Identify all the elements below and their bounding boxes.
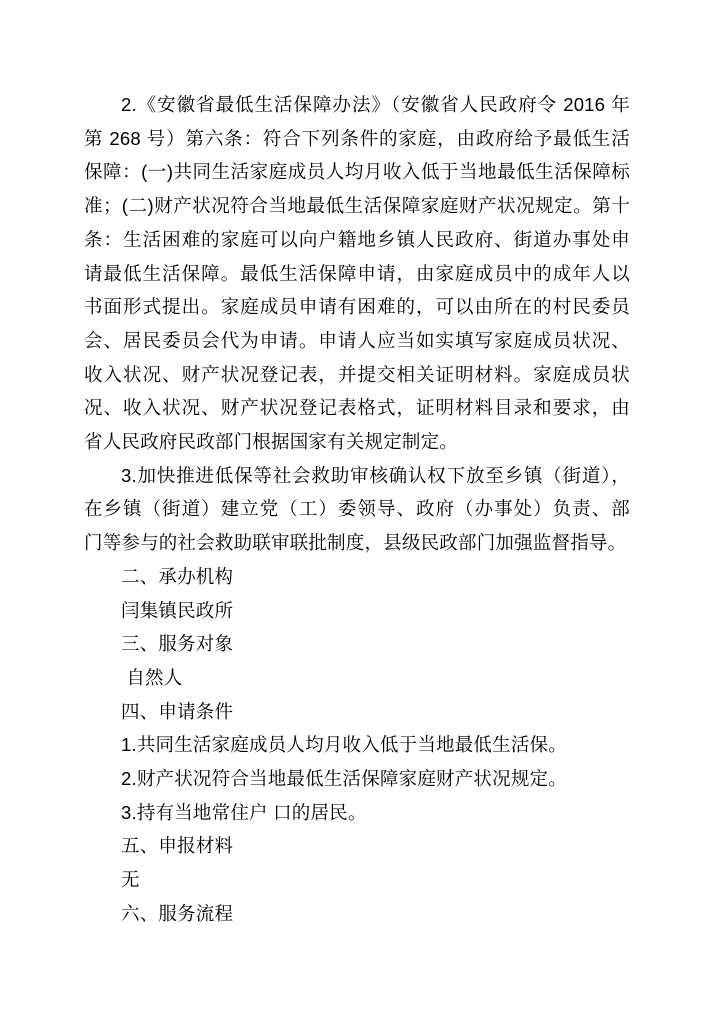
text-line: 收入状况、财产状况登记表，并提交相关证明材料。家庭成员状	[84, 358, 630, 392]
heading-line: 二、承办机构	[84, 560, 630, 594]
heading-line: 四、申请条件	[84, 695, 630, 729]
application-materials-value: 无	[84, 863, 630, 897]
text-line: 第 268 号）第六条：符合下列条件的家庭，由政府给予最低生活	[84, 122, 630, 156]
paragraph-legal-basis-2: 2.《安徽省最低生活保障办法》（安徽省人民政府令 2016 年 第 268 号）…	[84, 88, 630, 459]
heading-line: 三、服务对象	[84, 627, 630, 661]
condition-item-2: 2.财产状况符合当地最低生活保障家庭财产状况规定。	[84, 762, 630, 796]
text-line: 闫集镇民政所	[84, 594, 630, 628]
document-page: 2.《安徽省最低生活保障办法》（安徽省人民政府令 2016 年 第 268 号）…	[0, 0, 715, 1011]
text-line: 保障：(一)共同生活家庭成员人均月收入低于当地最低生活保障标	[84, 155, 630, 189]
text-line: 2.财产状况符合当地最低生活保障家庭财产状况规定。	[84, 762, 630, 796]
heading-line: 六、服务流程	[84, 897, 630, 931]
text-line: 在乡镇（街道）建立党（工）委领导、政府（办事处）负责、部	[84, 492, 630, 526]
text-line: 自然人	[84, 661, 630, 695]
section-heading-service-process: 六、服务流程	[84, 897, 630, 931]
service-target-value: 自然人	[84, 661, 630, 695]
text-line: 3.加快推进低保等社会救助审核确认权下放至乡镇（街道），	[84, 459, 630, 493]
text-line: 会、居民委员会代为申请。申请人应当如实填写家庭成员状况、	[84, 324, 630, 358]
condition-item-1: 1.共同生活家庭成员人均月收入低于当地最低生活保。	[84, 728, 630, 762]
text-line: 况、收入状况、财产状况登记表格式，证明材料目录和要求，由	[84, 391, 630, 425]
text-line: 2.《安徽省最低生活保障办法》（安徽省人民政府令 2016 年	[84, 88, 630, 122]
organization-name: 闫集镇民政所	[84, 594, 630, 628]
text-line: 请最低生活保障。最低生活保障申请，由家庭成员中的成年人以	[84, 257, 630, 291]
section-heading-application-materials: 五、申报材料	[84, 829, 630, 863]
section-heading-application-conditions: 四、申请条件	[84, 695, 630, 729]
paragraph-legal-basis-3: 3.加快推进低保等社会救助审核确认权下放至乡镇（街道）， 在乡镇（街道）建立党（…	[84, 459, 630, 560]
heading-line: 五、申报材料	[84, 829, 630, 863]
text-line: 条：生活困难的家庭可以向户籍地乡镇人民政府、街道办事处申	[84, 223, 630, 257]
text-line: 无	[84, 863, 630, 897]
text-line: 3.持有当地常住户 口的居民。	[84, 796, 630, 830]
text-line: 书面形式提出。家庭成员申请有困难的，可以由所在的村民委员	[84, 290, 630, 324]
text-line: 1.共同生活家庭成员人均月收入低于当地最低生活保。	[84, 728, 630, 762]
text-line: 准；(二)财产状况符合当地最低生活保障家庭财产状况规定。第十	[84, 189, 630, 223]
section-heading-organization: 二、承办机构	[84, 560, 630, 594]
text-line: 省人民政府民政部门根据国家有关规定制定。	[84, 425, 630, 459]
section-heading-service-target: 三、服务对象	[84, 627, 630, 661]
text-line: 门等参与的社会救助联审联批制度，县级民政部门加强监督指导。	[84, 526, 630, 560]
condition-item-3: 3.持有当地常住户 口的居民。	[84, 796, 630, 830]
